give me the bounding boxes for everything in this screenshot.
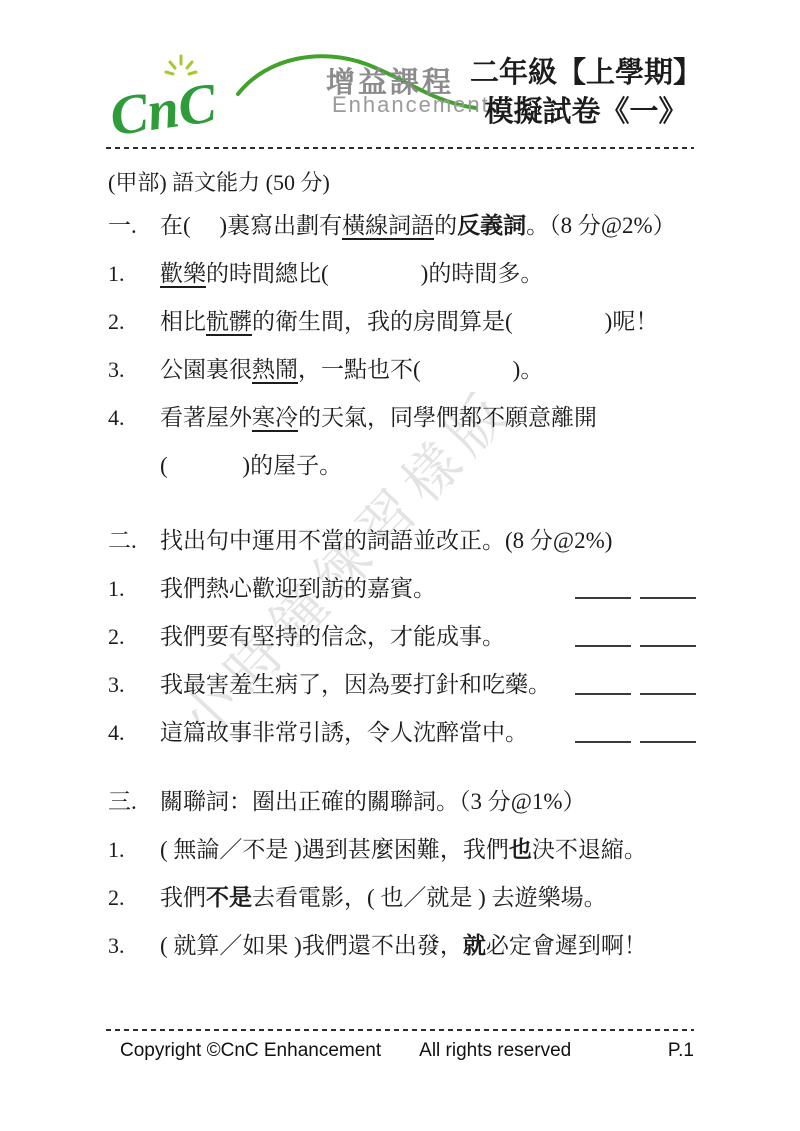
text-segment: 必定會遲到啊！ [486,933,647,958]
header-divider [106,147,694,149]
text-segment: 關聯詞：圈出正確的關聯詞。（3 分@1%） [160,789,586,814]
text-segment: 這篇故事非常引誘，令人沈醉當中。 [160,720,528,745]
rights-text: All rights reserved [419,1040,571,1062]
page-header: CnC 增益課程 Enhancement 二年級【上學期】 模擬試卷《一》 [108,48,696,142]
item-text: 看著屋外寒冷的天氣，同學們都不願意離開 [160,402,597,433]
text-segment: ( )的屋子。 [160,453,342,478]
answer-blank-line[interactable] [575,596,631,599]
item-text: 我們要有堅持的信念，才能成事。 [160,621,505,652]
text-segment: 我們 [160,885,206,910]
item-text: 這篇故事非常引誘，令人沈醉當中。 [160,717,528,748]
text-segment: 找出句中運用不當的詞語並改正。(8 分@2%) [160,528,612,553]
question-item: 3.我最害羞生病了，因為要打針和吃藥。 [108,669,696,700]
item-text: ( 無論／不是 )遇到甚麼困難，我們也決不退縮。 [160,834,647,865]
section-items: 1.我們熱心歡迎到訪的嘉賓。2.我們要有堅持的信念，才能成事。3.我最害羞生病了… [108,573,696,748]
underlined-term: 熱鬧 [252,357,298,384]
text-segment: 。（8 分@2%） [526,213,676,238]
bold-term: 反義詞 [457,213,526,238]
answer-blank-line[interactable] [640,740,696,743]
section-items: 1.歡樂的時間總比( )的時間多。2.相比骯髒的衛生間，我的房間算是( )呢！3… [108,258,696,481]
brand-name-english: Enhancement [332,92,490,118]
question-item: 1.我們熱心歡迎到訪的嘉賓。 [108,573,696,604]
answer-blank-line[interactable] [575,692,631,695]
question-item: 3.( 就算／如果 )我們還不出發，就必定會遲到啊！ [108,930,696,961]
section-title: 二. 找出句中運用不當的詞語並改正。(8 分@2%) [108,525,696,556]
text-segment: 的 [434,213,457,238]
item-text: 相比骯髒的衛生間，我的房間算是( )呢！ [160,306,658,337]
item-number: 2. [108,882,160,913]
item-number: 3. [108,930,160,961]
question-item: 3.公園裏很熱鬧，一點也不( )。 [108,354,696,385]
page-number: P.1 [668,1040,694,1062]
answer-blank-line[interactable] [640,596,696,599]
answer-blank-line[interactable] [575,644,631,647]
item-number: 4. [108,402,160,433]
bold-term: 就 [463,933,486,958]
item-text: ( )的屋子。 [160,450,342,481]
question-item-continuation: ( )的屋子。 [108,450,696,481]
underlined-term: 橫線詞語 [342,213,434,240]
question-item: 2.我們不是去看電影，( 也／就是 ) 去遊樂場。 [108,882,696,913]
question-item: 2.我們要有堅持的信念，才能成事。 [108,621,696,652]
text-segment: 的天氣，同學們都不願意離開 [298,405,597,430]
item-text: ( 就算／如果 )我們還不出發，就必定會遲到啊！ [160,930,647,961]
bold-term: 不是 [206,885,252,910]
item-text: 公園裏很熱鬧，一點也不( )。 [160,354,543,385]
item-text: 我們熱心歡迎到訪的嘉賓。 [160,573,436,604]
section-title: 三. 關聯詞：圈出正確的關聯詞。（3 分@1%） [108,786,696,817]
item-number: 1. [108,834,160,865]
section-instruction: 找出句中運用不當的詞語並改正。(8 分@2%) [160,525,612,556]
exam-title-line2: 模擬試卷《一》 [470,93,702,132]
item-number: 2. [108,306,160,337]
item-number: 1. [108,258,160,289]
text-segment: 在( )裏寫出劃有 [160,213,342,238]
text-segment: 我們要有堅持的信念，才能成事。 [160,624,505,649]
text-segment: 我們熱心歡迎到訪的嘉賓。 [160,576,436,601]
footer-divider [106,1029,694,1031]
worksheet-page: 小時鐘練習樣版 CnC 增益課程 Enhancement 二年級【上學期】 模擬… [0,0,800,1131]
answer-blank-line[interactable] [640,644,696,647]
question-item: 4.看著屋外寒冷的天氣，同學們都不願意離開 [108,402,696,433]
item-number: 1. [108,573,160,604]
answer-blanks [575,692,696,700]
bold-term: 也 [509,837,532,862]
copyright-text: Copyright ©CnC Enhancement [120,1040,381,1062]
part-a-header: (甲部) 語文能力 (50 分) [108,168,696,198]
answer-blank-line[interactable] [575,740,631,743]
answer-blank-line[interactable] [640,692,696,695]
section-three: 三. 關聯詞：圈出正確的關聯詞。（3 分@1%） 1.( 無論／不是 )遇到甚麼… [108,786,696,961]
text-segment: ( 就算／如果 )我們還不出發， [160,933,463,958]
text-segment: 看著屋外 [160,405,252,430]
text-segment: 的衛生間，我的房間算是( )呢！ [252,309,658,334]
section-two: 二. 找出句中運用不當的詞語並改正。(8 分@2%) 1.我們熱心歡迎到訪的嘉賓… [108,525,696,748]
text-segment: ，一點也不( )。 [298,357,543,382]
underlined-term: 歡樂 [160,261,206,288]
question-item: 1.( 無論／不是 )遇到甚麼困難，我們也決不退縮。 [108,834,696,865]
text-segment: 的時間總比( )的時間多。 [206,261,543,286]
section-label: 三. [108,786,160,817]
text-segment: 我最害羞生病了，因為要打針和吃藥。 [160,672,551,697]
section-instruction: 關聯詞：圈出正確的關聯詞。（3 分@1%） [160,786,586,817]
answer-blanks [575,596,696,604]
item-text: 歡樂的時間總比( )的時間多。 [160,258,543,289]
section-label: 一. [108,210,160,241]
item-number: 4. [108,717,160,748]
section-title: 一. 在( )裏寫出劃有橫線詞語的反義詞。（8 分@2%） [108,210,696,241]
section-items: 1.( 無論／不是 )遇到甚麼困難，我們也決不退縮。2.我們不是去看電影，( 也… [108,834,696,961]
answer-blanks [575,740,696,748]
section-label: 二. [108,525,160,556]
exam-title-line1: 二年級【上學期】 [470,54,702,93]
item-number: 3. [108,669,160,700]
question-item: 4.這篇故事非常引誘，令人沈醉當中。 [108,717,696,748]
question-item: 1.歡樂的時間總比( )的時間多。 [108,258,696,289]
exam-title: 二年級【上學期】 模擬試卷《一》 [470,54,702,132]
underlined-term: 骯髒 [206,309,252,336]
section-one: 一. 在( )裏寫出劃有橫線詞語的反義詞。（8 分@2%） 1.歡樂的時間總比(… [108,210,696,481]
item-text: 我最害羞生病了，因為要打針和吃藥。 [160,669,551,700]
sparkle-icon [166,56,196,74]
page-footer: Copyright ©CnC Enhancement All rights re… [120,1040,694,1062]
underlined-term: 寒冷 [252,405,298,432]
text-segment: ( 無論／不是 )遇到甚麼困難，我們 [160,837,509,862]
question-item: 2.相比骯髒的衛生間，我的房間算是( )呢！ [108,306,696,337]
text-segment: 去看電影，( 也／就是 ) 去遊樂場。 [252,885,607,910]
answer-blanks [575,644,696,652]
item-number: 2. [108,621,160,652]
text-segment: 決不退縮。 [532,837,647,862]
exam-body: (甲部) 語文能力 (50 分) 一. 在( )裏寫出劃有橫線詞語的反義詞。（8… [108,162,696,961]
text-segment: 公園裏很 [160,357,252,382]
logo-wordmark: CnC [108,72,220,143]
item-text: 我們不是去看電影，( 也／就是 ) 去遊樂場。 [160,882,607,913]
text-segment: 相比 [160,309,206,334]
section-instruction: 在( )裏寫出劃有橫線詞語的反義詞。（8 分@2%） [160,210,676,241]
item-number: 3. [108,354,160,385]
